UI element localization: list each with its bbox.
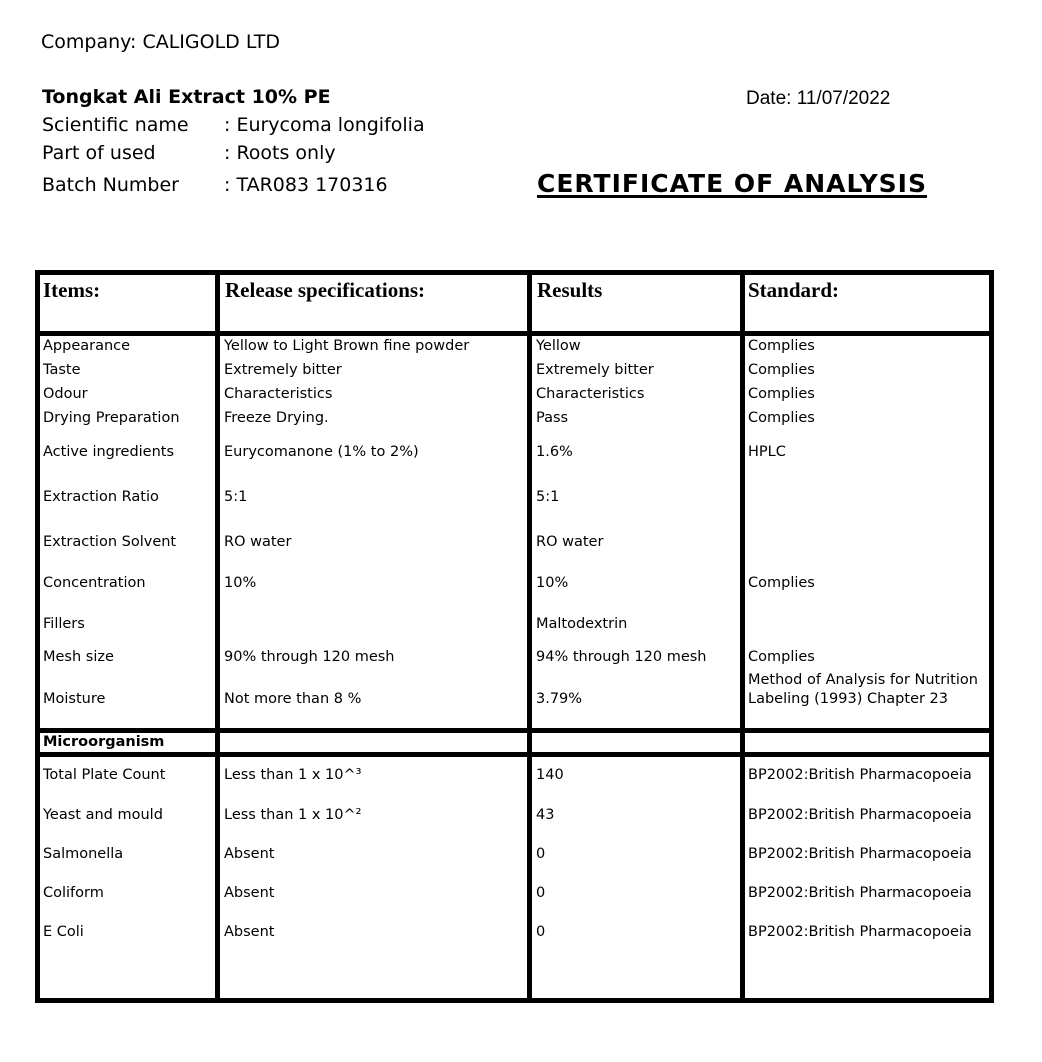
scientific-name-value: : Eurycoma longifolia bbox=[224, 114, 425, 136]
column-divider-2 bbox=[527, 270, 532, 1003]
standard-cell: BP2002:British Pharmacopoeia bbox=[748, 767, 972, 783]
table-border-top bbox=[35, 270, 994, 275]
specification-cell: Less than 1 x 10^² bbox=[224, 807, 361, 823]
column-header-standard: Standard: bbox=[748, 278, 839, 303]
specification-cell: Eurycomanone (1% to 2%) bbox=[224, 444, 419, 460]
result-cell: Characteristics bbox=[536, 386, 644, 402]
specification-cell: 90% through 120 mesh bbox=[224, 649, 395, 665]
standard-cell: Complies bbox=[748, 338, 815, 354]
result-cell: 140 bbox=[536, 767, 564, 783]
specification-cell: Extremely bitter bbox=[224, 362, 342, 378]
result-cell: 94% through 120 mesh bbox=[536, 649, 707, 665]
standard-cell: Method of Analysis for Nutrition Labelin… bbox=[748, 671, 988, 709]
result-cell: Extremely bitter bbox=[536, 362, 654, 378]
specification-cell: Absent bbox=[224, 924, 274, 940]
document-title: CERTIFICATE OF ANALYSIS bbox=[537, 169, 927, 198]
part-used-label: Part of used bbox=[42, 142, 156, 164]
item-cell: Yeast and mould bbox=[43, 807, 163, 823]
result-cell: Maltodextrin bbox=[536, 616, 627, 632]
item-cell: E Coli bbox=[43, 924, 84, 940]
standard-cell: BP2002:British Pharmacopoeia bbox=[748, 885, 972, 901]
result-cell: 5:1 bbox=[536, 489, 559, 505]
specification-cell: Not more than 8 % bbox=[224, 691, 361, 707]
specification-cell: 5:1 bbox=[224, 489, 247, 505]
item-cell: Extraction Solvent bbox=[43, 534, 176, 550]
header-divider bbox=[35, 331, 994, 336]
result-cell: 0 bbox=[536, 846, 545, 862]
specification-cell: RO water bbox=[224, 534, 291, 550]
result-cell: Yellow bbox=[536, 338, 581, 354]
standard-cell: Complies bbox=[748, 575, 815, 591]
item-cell: Odour bbox=[43, 386, 88, 402]
result-cell: 43 bbox=[536, 807, 554, 823]
column-header-results: Results bbox=[537, 278, 602, 303]
result-cell: 3.79% bbox=[536, 691, 582, 707]
product-name: Tongkat Ali Extract 10% PE bbox=[42, 86, 331, 108]
column-divider-1 bbox=[215, 270, 220, 1003]
item-cell: Drying Preparation bbox=[43, 410, 180, 426]
specification-cell: Freeze Drying. bbox=[224, 410, 329, 426]
standard-cell: Complies bbox=[748, 649, 815, 665]
table-border-right bbox=[989, 270, 994, 1003]
certificate-date: Date: 11/07/2022 bbox=[746, 88, 890, 110]
specification-cell: Absent bbox=[224, 885, 274, 901]
standard-cell: BP2002:British Pharmacopoeia bbox=[748, 924, 972, 940]
column-header-specifications: Release specifications: bbox=[225, 278, 425, 303]
specification-cell: Absent bbox=[224, 846, 274, 862]
result-cell: 10% bbox=[536, 575, 568, 591]
section-divider-top bbox=[35, 728, 994, 733]
batch-number-label: Batch Number bbox=[42, 174, 179, 196]
column-header-items: Items: bbox=[43, 278, 100, 303]
item-cell: Extraction Ratio bbox=[43, 489, 159, 505]
specification-cell: Characteristics bbox=[224, 386, 332, 402]
section-label-microorganism: Microorganism bbox=[43, 734, 164, 750]
item-cell: Active ingredients bbox=[43, 444, 174, 460]
item-cell: Total Plate Count bbox=[43, 767, 165, 783]
table-border-bottom bbox=[35, 998, 994, 1003]
item-cell: Taste bbox=[43, 362, 81, 378]
item-cell: Appearance bbox=[43, 338, 130, 354]
batch-number-value: : TAR083 170316 bbox=[224, 174, 388, 196]
standard-cell: Complies bbox=[748, 410, 815, 426]
item-cell: Salmonella bbox=[43, 846, 123, 862]
company-name: Company: CALIGOLD LTD bbox=[41, 31, 280, 53]
part-used-value: : Roots only bbox=[224, 142, 336, 164]
standard-cell: Complies bbox=[748, 362, 815, 378]
item-cell: Concentration bbox=[43, 575, 146, 591]
result-cell: 0 bbox=[536, 885, 545, 901]
result-cell: Pass bbox=[536, 410, 568, 426]
item-cell: Moisture bbox=[43, 691, 105, 707]
item-cell: Fillers bbox=[43, 616, 85, 632]
result-cell: 1.6% bbox=[536, 444, 573, 460]
scientific-name-label: Scientific name bbox=[42, 114, 189, 136]
item-cell: Coliform bbox=[43, 885, 104, 901]
result-cell: 0 bbox=[536, 924, 545, 940]
table-border-left bbox=[35, 270, 40, 1003]
standard-cell: BP2002:British Pharmacopoeia bbox=[748, 807, 972, 823]
section-divider-bottom bbox=[35, 752, 994, 757]
specification-cell: Yellow to Light Brown fine powder bbox=[224, 338, 469, 354]
specification-cell: Less than 1 x 10^³ bbox=[224, 767, 361, 783]
item-cell: Mesh size bbox=[43, 649, 114, 665]
result-cell: RO water bbox=[536, 534, 603, 550]
standard-cell: BP2002:British Pharmacopoeia bbox=[748, 846, 972, 862]
column-divider-3 bbox=[740, 270, 745, 1003]
specification-cell: 10% bbox=[224, 575, 256, 591]
standard-cell: Complies bbox=[748, 386, 815, 402]
standard-cell: HPLC bbox=[748, 444, 786, 460]
